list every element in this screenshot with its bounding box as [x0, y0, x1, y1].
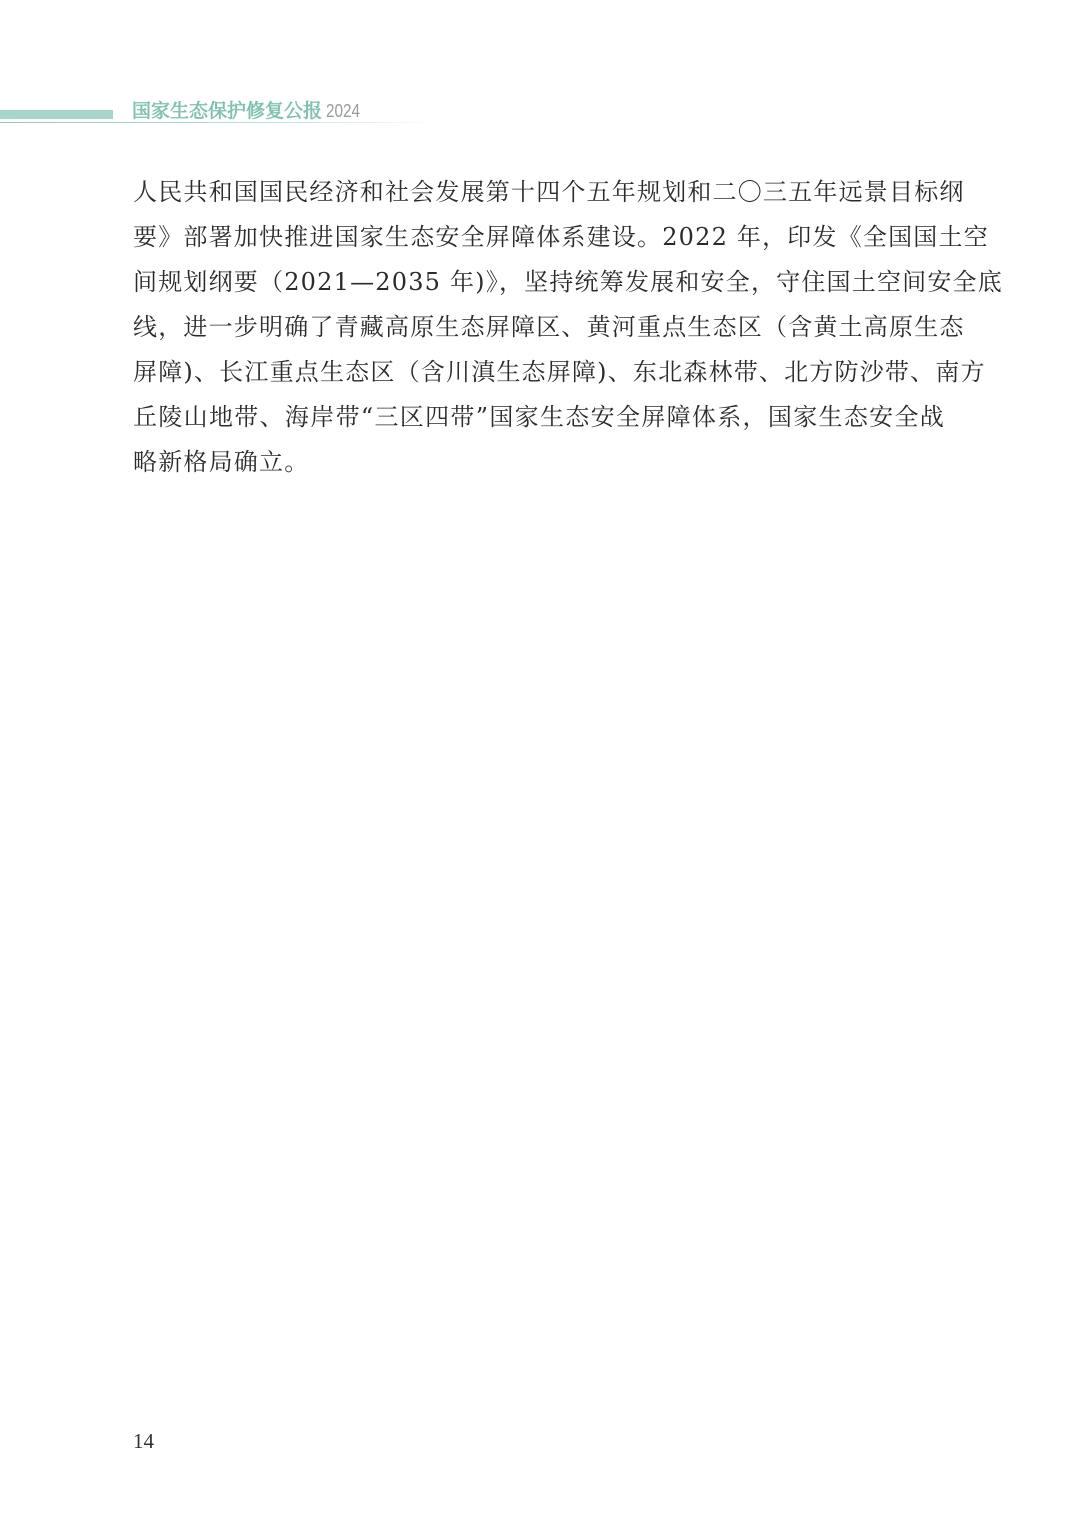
running-title-year: 2024	[326, 99, 360, 123]
body-line: 丘陵山地带、海岸带“三区四带”国家生态安全屏障体系，国家生态安全战	[133, 395, 945, 440]
page-header: 国家生态保护修复公报2024	[0, 0, 1080, 130]
body-line: 屏障)、长江重点生态区（含川滇生态屏障)、东北森林带、北方防沙带、南方	[133, 350, 945, 395]
body-line: 线，进一步明确了青藏高原生态屏障区、黄河重点生态区（含黄土高原生态	[133, 305, 945, 350]
page-number: 14	[133, 1428, 154, 1454]
body-line: 略新格局确立。	[133, 440, 945, 485]
body-line: 间规划纲要（2021—2035 年)》，坚持统筹发展和安全，守住国土空间安全底	[133, 260, 945, 305]
body-paragraph: 人民共和国国民经济和社会发展第十四个五年规划和二〇三五年远景目标纲 要》部署加快…	[133, 170, 945, 485]
body-line: 人民共和国国民经济和社会发展第十四个五年规划和二〇三五年远景目标纲	[133, 170, 945, 215]
running-title: 国家生态保护修复公报2024	[132, 99, 366, 123]
header-accent-bar	[0, 110, 113, 119]
running-title-text: 国家生态保护修复公报	[132, 100, 322, 122]
body-line: 要》部署加快推进国家生态安全屏障体系建设。2022 年，印发《全国国土空	[133, 215, 945, 260]
